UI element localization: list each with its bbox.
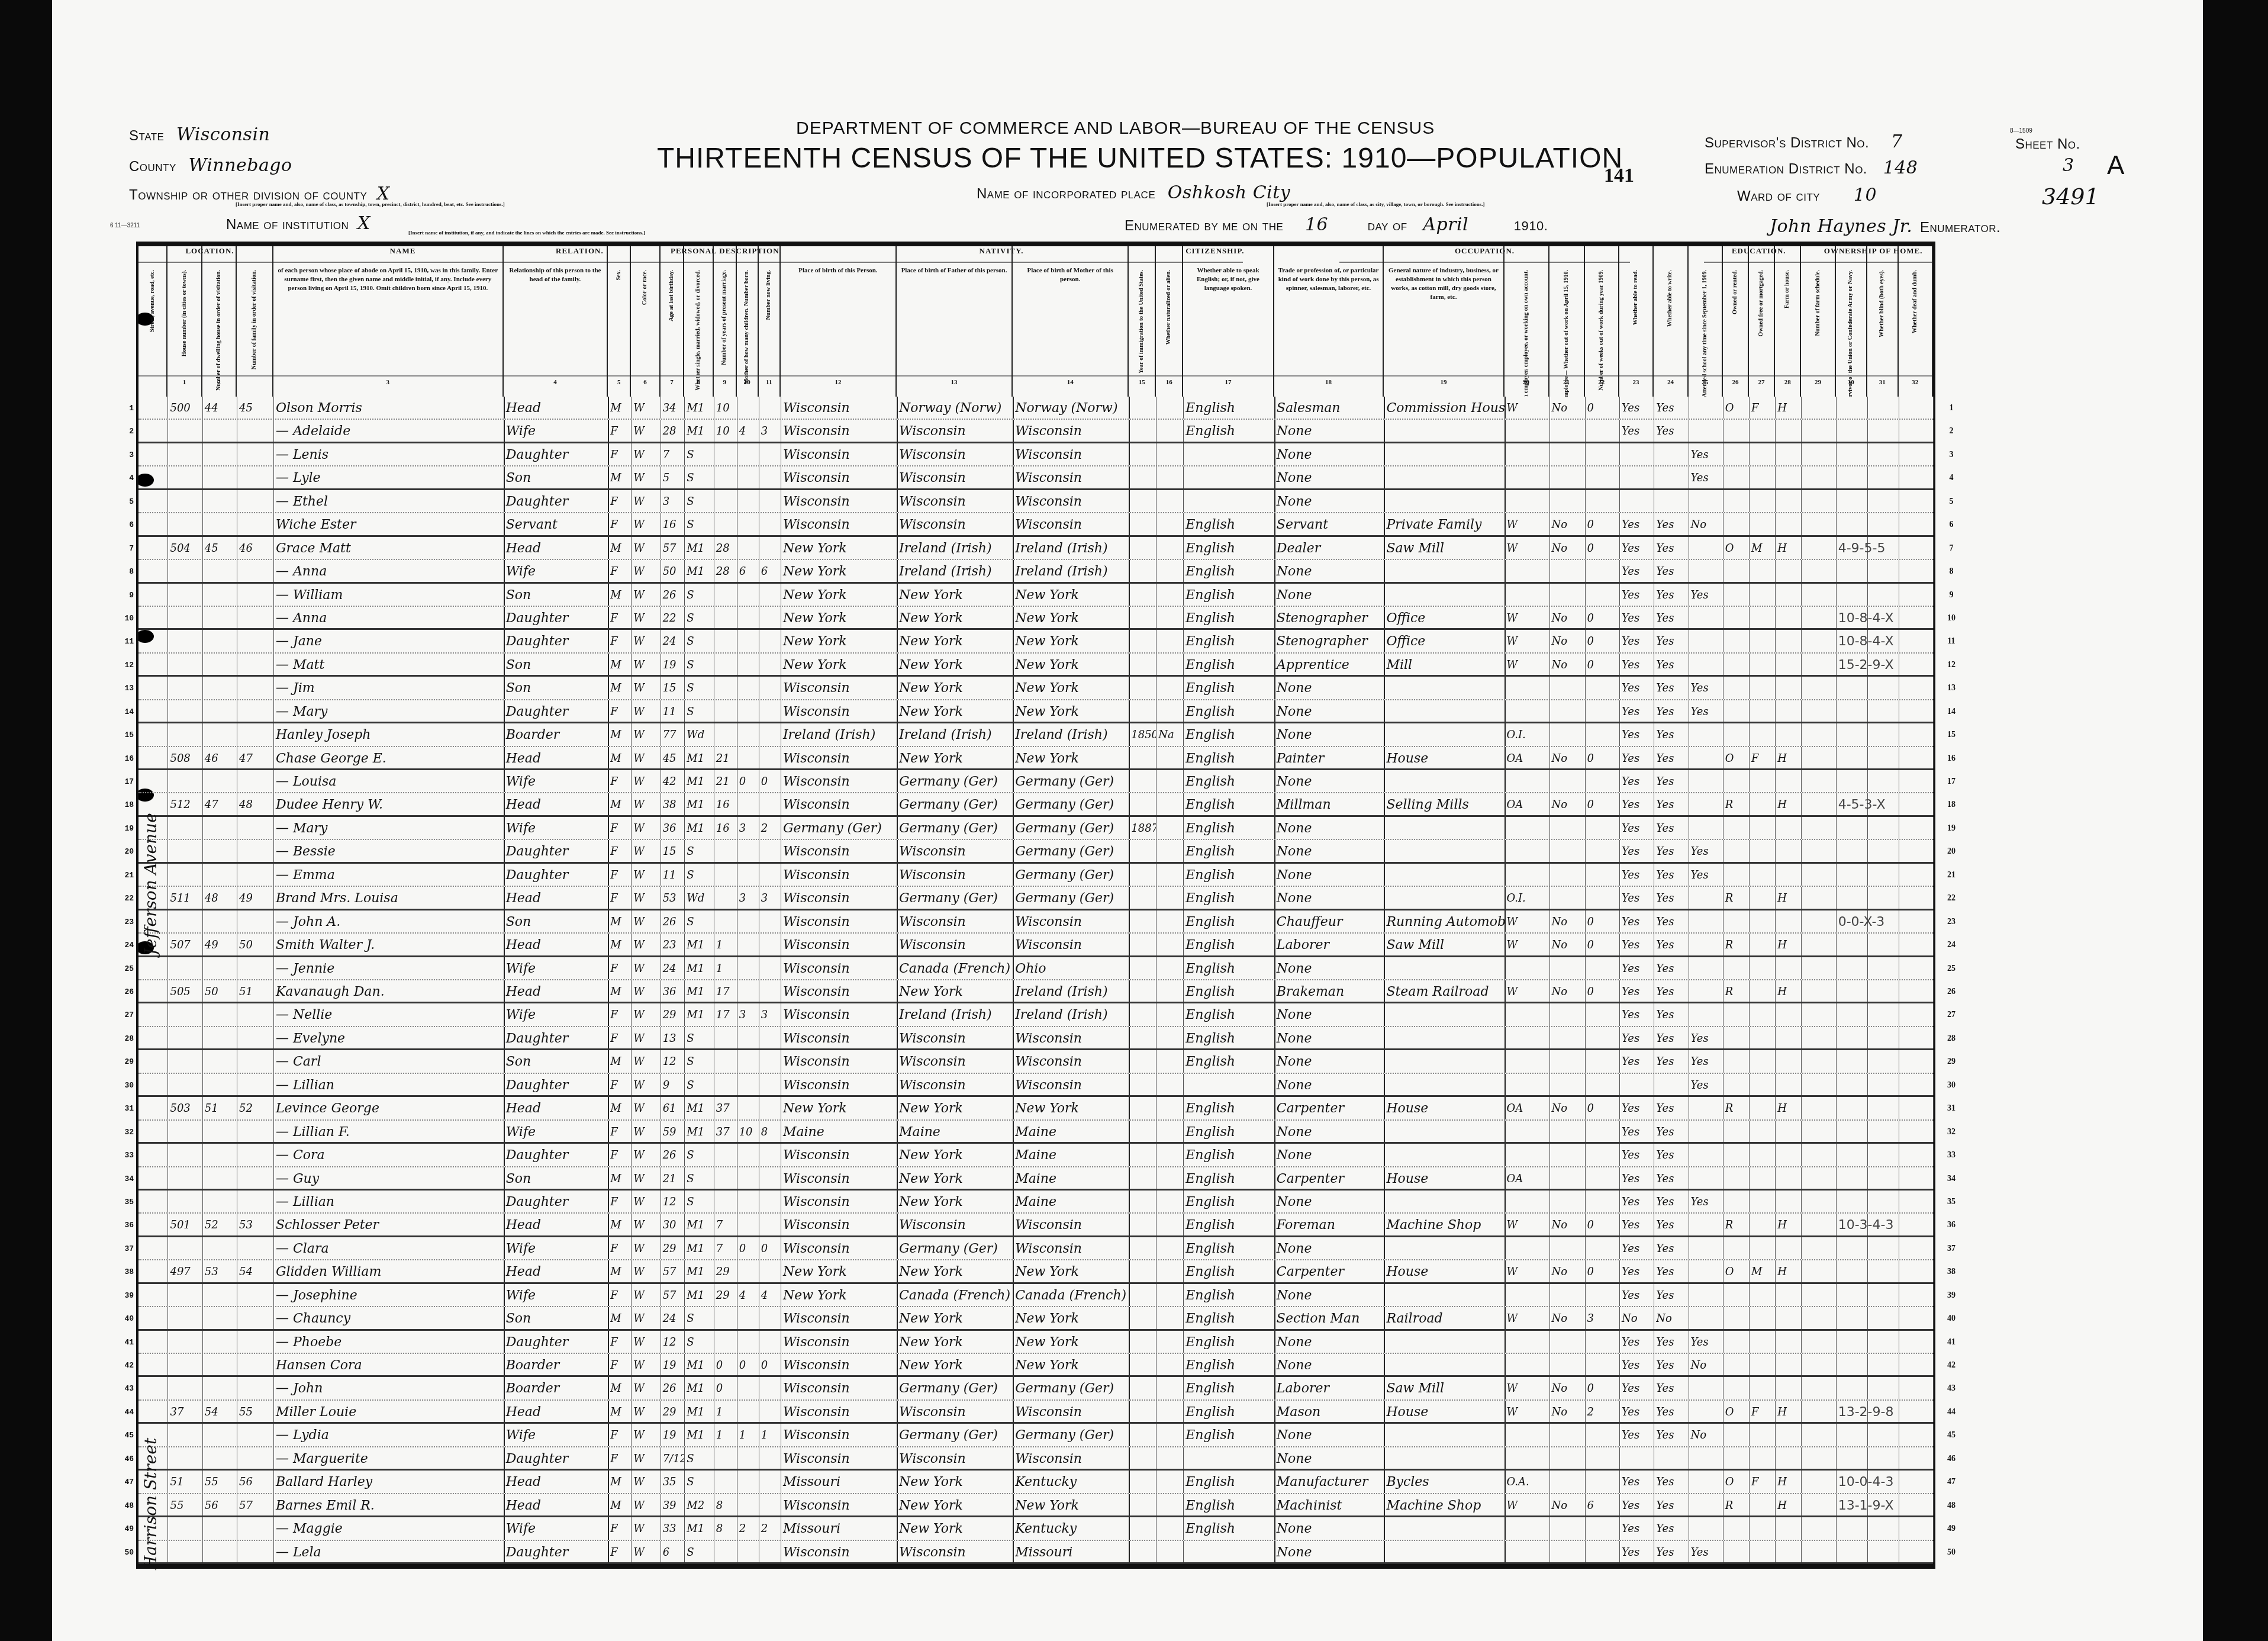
cell-read: Yes: [1619, 887, 1654, 908]
cell-race: W: [631, 817, 660, 839]
cell-divider: [1723, 1447, 1723, 1469]
cell-divider: [1933, 584, 1934, 606]
cell-pob_mother: Kentucky: [1013, 1517, 1129, 1539]
cell-divider: [759, 934, 759, 955]
cell-immig: 1850: [1129, 723, 1156, 745]
cell-divider: [1689, 490, 1689, 512]
cell-pob_father: Ireland (Irish): [897, 560, 1013, 581]
cell-divider: [1801, 1401, 1802, 1422]
cell-race: W: [631, 466, 660, 488]
cell-name: Smith Walter J.: [273, 934, 504, 955]
cell-divider: [1775, 466, 1776, 488]
cell-house: 508: [167, 747, 202, 768]
cell-divider: [1749, 1050, 1750, 1072]
column-number: 5: [608, 375, 630, 392]
cell-marital: Wd: [684, 723, 713, 745]
cell-sex: M: [608, 1307, 631, 1328]
cell-pob_father: Canada (French): [897, 1284, 1013, 1306]
cell-trade: None: [1274, 770, 1384, 792]
cell-years_married: 7: [714, 1214, 737, 1235]
cell-divider: [1384, 1074, 1385, 1095]
cell-divider: [237, 420, 237, 441]
cell-name: — Cora: [273, 1144, 504, 1166]
column-number: 4: [504, 375, 607, 392]
cell-divider: [1689, 1003, 1689, 1025]
cell-divider: [759, 1190, 759, 1212]
cell-divider: [1549, 560, 1550, 581]
cell-divider: [1801, 700, 1802, 722]
institution-field: Name of institution X: [226, 213, 371, 234]
cell-sex: M: [608, 677, 631, 699]
cell-divider: [1549, 1354, 1550, 1375]
cell-race: W: [631, 1237, 660, 1259]
cell-divider: [1619, 443, 1620, 465]
cell-trade: Carpenter: [1274, 1260, 1384, 1282]
cell-divider: [1549, 1167, 1550, 1189]
cell-divider: [1129, 770, 1130, 792]
cell-divider: [1775, 700, 1776, 722]
cell-relation: Daughter: [504, 1331, 608, 1353]
column-header-label: Trade or profession of, or particular ki…: [1274, 246, 1383, 293]
cell-divider: [737, 700, 737, 722]
column-number: 14: [1013, 375, 1127, 392]
cell-pob_father: Wisconsin: [897, 934, 1013, 955]
cell-dwelling: 56: [202, 1494, 237, 1515]
cell-pob_father: Germany (Ger): [897, 1424, 1013, 1446]
cell-years_married: 17: [714, 980, 737, 1002]
cell-divider: [167, 630, 168, 652]
cell-divider: [1585, 1190, 1586, 1212]
cell-divider: [1505, 1074, 1506, 1095]
cell-divider: [1129, 1284, 1130, 1306]
cell-relation: Wife: [504, 1237, 608, 1259]
cell-read: Yes: [1619, 1541, 1654, 1562]
cell-divider: [1585, 1074, 1586, 1095]
cell-age: 39: [661, 1494, 685, 1515]
cell-name: — Emma: [273, 864, 504, 886]
column-header-19: Whether able to speak English; or, if no…: [1183, 246, 1274, 397]
cell-name: — Lela: [273, 1541, 504, 1562]
cell-divider: [759, 630, 759, 652]
column-header-label: Place of birth of Father of this person.: [897, 246, 1011, 275]
cell-divider: [237, 490, 237, 512]
cell-emp: OA: [1505, 1167, 1549, 1189]
cell-trade: Servant: [1274, 513, 1384, 535]
line-number: 33: [1942, 1151, 1960, 1160]
cell-divider: [714, 723, 714, 745]
cell-read: Yes: [1619, 607, 1654, 628]
cell-relation: Head: [504, 793, 608, 815]
cell-divider: [1867, 1424, 1868, 1446]
cell-divider: [167, 1354, 168, 1375]
cell-divider: [1549, 1237, 1550, 1259]
cell-marital: M1: [684, 560, 713, 581]
table-row: 375455Miller LouieHeadMW29M11WisconsinWi…: [138, 1401, 1933, 1424]
cell-divider: [1836, 1331, 1837, 1353]
cell-write: Yes: [1654, 607, 1688, 628]
cell-divider: [1899, 1284, 1899, 1306]
cell-born: 3: [737, 1003, 759, 1025]
cell-house: 503: [167, 1097, 202, 1119]
cell-divider: [759, 1144, 759, 1166]
cell-pob_father: Wisconsin: [897, 1027, 1013, 1048]
cell-divider: [1867, 934, 1868, 955]
cell-name: Chase George E.: [273, 747, 504, 768]
cell-divider: [1129, 420, 1130, 441]
cell-divider: [1899, 490, 1899, 512]
cell-divider: [759, 700, 759, 722]
cell-divider: [1801, 490, 1802, 512]
cell-divider: [167, 1541, 168, 1562]
table-row: — JimSonMW15SWisconsinNew YorkNew YorkEn…: [138, 677, 1933, 700]
cell-divider: [1749, 443, 1750, 465]
line-number: 44: [116, 1408, 134, 1417]
cell-divider: [1933, 1307, 1934, 1328]
cell-divider: [1689, 980, 1689, 1002]
cell-divider: [1749, 1354, 1750, 1375]
cell-pob: Maine: [781, 1121, 897, 1142]
cell-divider: [1156, 1331, 1156, 1353]
cell-divider: [1505, 1541, 1506, 1562]
cell-divider: [1775, 677, 1776, 699]
column-header-label: Whether deaf and dumb.: [1912, 270, 1918, 333]
table-row: 5124748Dudee Henry W.HeadMW38M116Wiscons…: [138, 793, 1933, 816]
cell-divider: [1129, 630, 1130, 652]
cell-family: 51: [237, 980, 273, 1002]
line-number: 22: [116, 894, 134, 903]
cell-pob_father: Ireland (Irish): [897, 1003, 1013, 1025]
cell-sex: F: [608, 1541, 631, 1562]
scan-border-left: [0, 0, 52, 1641]
cell-sex: F: [608, 1121, 631, 1142]
cell-divider: [1689, 887, 1689, 908]
cell-trade: Dealer: [1274, 537, 1384, 559]
cell-emp: W: [1505, 397, 1549, 419]
cell-divider: [1585, 560, 1586, 581]
cell-divider: [167, 957, 168, 979]
cell-pob_father: New York: [897, 1097, 1013, 1119]
column-header-13: Number now living.11: [759, 246, 781, 397]
cell-own: O: [1723, 1471, 1749, 1492]
line-number: 28: [1942, 1034, 1960, 1044]
cell-read: Yes: [1619, 1424, 1654, 1446]
cell-trade: Laborer: [1274, 934, 1384, 955]
cell-divider: [1689, 654, 1689, 675]
supervisor-district-field: Supervisor's District No. 7: [1705, 131, 1902, 152]
cell-divider: [1836, 1377, 1837, 1399]
cell-write: Yes: [1654, 1097, 1688, 1119]
cell-marital: S: [684, 1447, 713, 1469]
cell-years_married: 0: [714, 1377, 737, 1399]
cell-marital: S: [684, 630, 713, 652]
cell-divider: [1505, 1331, 1506, 1353]
cell-emp: W: [1505, 980, 1549, 1002]
table-row: — BessieDaughterFW15SWisconsinWisconsinG…: [138, 840, 1933, 863]
cell-divider: [1129, 513, 1130, 535]
column-header-12: Mother of how many children. Number born…: [737, 246, 759, 397]
cell-divider: [1384, 420, 1385, 441]
column-number: 11: [759, 375, 779, 392]
cell-pob: Wisconsin: [781, 1541, 897, 1562]
column-header-label: Year of immigration to the United States…: [1138, 270, 1145, 374]
cell-divider: [237, 466, 237, 488]
cell-divider: [1836, 1144, 1837, 1166]
cell-write: Yes: [1654, 887, 1688, 908]
cell-divider: [1801, 677, 1802, 699]
cell-pob_mother: Wisconsin: [1013, 1074, 1129, 1095]
line-number: 47: [1942, 1478, 1960, 1487]
cell-trade: None: [1274, 466, 1384, 488]
enumerator-label: Enumerator.: [1920, 220, 2000, 236]
cell-divider: [1801, 910, 1802, 932]
cell-age: 36: [661, 980, 685, 1002]
cell-divider: [167, 1447, 168, 1469]
cell-divider: [1156, 443, 1156, 465]
cell-age: 26: [661, 1377, 685, 1399]
column-header-14: Place of birth of this Person.12: [781, 246, 897, 397]
cell-race: W: [631, 443, 660, 465]
cell-emp: W: [1505, 1494, 1549, 1515]
cell-divider: [202, 420, 203, 441]
line-number: 48: [1942, 1501, 1960, 1511]
cell-read: Yes: [1619, 1167, 1654, 1189]
cell-divider: [1749, 1494, 1750, 1515]
cell-divider: [1723, 607, 1723, 628]
cell-trade: None: [1274, 1190, 1384, 1212]
cell-divider: [1836, 513, 1837, 535]
column-header-label: Age at last birthday.: [668, 270, 675, 321]
cell-pob: Wisconsin: [781, 1331, 897, 1353]
cell-trade: None: [1274, 1331, 1384, 1353]
cell-divider: [1836, 1517, 1837, 1539]
cell-divider: [1549, 1447, 1550, 1469]
cell-race: W: [631, 630, 660, 652]
cell-pob: Wisconsin: [781, 397, 897, 419]
cell-pob_father: New York: [897, 1144, 1013, 1166]
cell-divider: [1723, 817, 1723, 839]
cell-divider: [1836, 420, 1837, 441]
line-number: 5: [116, 497, 134, 506]
state-value: Wisconsin: [176, 124, 270, 145]
cell-divider: [1933, 677, 1934, 699]
cell-divider: [1384, 1447, 1385, 1469]
cell-race: W: [631, 397, 660, 419]
cell-divider: [1801, 864, 1802, 886]
cell-divider: [1156, 1471, 1156, 1492]
cell-divider: [237, 1517, 237, 1539]
cell-age: 15: [661, 840, 685, 861]
line-number: 15: [116, 731, 134, 739]
cell-divider: [1129, 980, 1130, 1002]
cell-relation: Wife: [504, 770, 608, 792]
cell-divider: [1129, 840, 1130, 861]
cell-divider: [714, 654, 714, 675]
cell-divider: [1933, 490, 1934, 512]
cell-write: Yes: [1654, 630, 1688, 652]
cell-divider: [1156, 1003, 1156, 1025]
cell-divider: [1836, 560, 1837, 581]
cell-race: W: [631, 654, 660, 675]
cell-divider: [1585, 1003, 1586, 1025]
cell-relation: Daughter: [504, 443, 608, 465]
cell-divider: [1933, 887, 1934, 908]
cell-divider: [1836, 1121, 1837, 1142]
cell-divider: [1836, 957, 1837, 979]
cell-divider: [1156, 560, 1156, 581]
cell-trade: Chauffeur: [1274, 910, 1384, 932]
cell-pob: New York: [781, 1097, 897, 1119]
cell-divider: [1867, 770, 1868, 792]
cell-weeks: 0: [1585, 934, 1619, 955]
cell-divider: [202, 1447, 203, 1469]
cell-pob: Wisconsin: [781, 443, 897, 465]
cell-write: Yes: [1654, 537, 1688, 559]
cell-divider: [714, 584, 714, 606]
cell-emp: W: [1505, 934, 1549, 955]
cell-divider: [737, 1471, 737, 1492]
cell-industry: Office: [1384, 630, 1504, 652]
table-row: 5044546Grace MattHeadMW57M128New YorkIre…: [138, 537, 1933, 560]
cell-farm: H: [1775, 1260, 1801, 1282]
cell-race: W: [631, 1260, 660, 1282]
cell-divider: [1749, 1190, 1750, 1212]
cell-divider: [237, 1284, 237, 1306]
cell-industry: Private Family: [1384, 513, 1504, 535]
cell-divider: [1749, 864, 1750, 886]
cell-pob_mother: Maine: [1013, 1167, 1129, 1189]
cell-divider: [1801, 1377, 1802, 1399]
cell-trade: None: [1274, 840, 1384, 861]
cell-divider: [714, 443, 714, 465]
cell-divider: [202, 1424, 203, 1446]
cell-divider: [1899, 560, 1899, 581]
table-row: — MargueriteDaughterFW7/12SWisconsinWisc…: [138, 1447, 1933, 1471]
cell-lang: English: [1183, 654, 1274, 675]
cell-divider: [737, 1377, 737, 1399]
cell-pob: Wisconsin: [781, 420, 897, 441]
cell-read: Yes: [1619, 1471, 1654, 1492]
cell-pob_mother: New York: [1013, 747, 1129, 768]
cell-pob_father: Wisconsin: [897, 1074, 1013, 1095]
cell-divider: [1933, 817, 1934, 839]
cell-lang: English: [1183, 513, 1274, 535]
cell-divider: [1933, 747, 1934, 768]
cell-divider: [1505, 817, 1506, 839]
cell-school: Yes: [1689, 840, 1723, 861]
cell-trade: Millman: [1274, 793, 1384, 815]
cell-relation: Son: [504, 1307, 608, 1328]
cell-divider: [1836, 700, 1837, 722]
line-number: 10: [1942, 614, 1960, 623]
cell-pob: New York: [781, 560, 897, 581]
cell-divider: [1801, 1190, 1802, 1212]
cell-divider: [1867, 1074, 1868, 1095]
cell-divider: [167, 1074, 168, 1095]
cell-read: Yes: [1619, 420, 1654, 441]
cell-weeks: 0: [1585, 654, 1619, 675]
cell-farm: H: [1775, 887, 1801, 908]
cell-school: No: [1689, 513, 1723, 535]
cell-divider: [1801, 397, 1802, 419]
cell-divider: [1749, 1167, 1750, 1189]
cell-house: 55: [167, 1494, 202, 1515]
line-number: 34: [116, 1175, 134, 1183]
cell-divider: [167, 1027, 168, 1048]
cell-divider: [1836, 747, 1837, 768]
cell-divider: [1867, 887, 1868, 908]
cell-divider: [1156, 747, 1156, 768]
cell-divider: [1689, 1144, 1689, 1166]
cell-divider: [759, 1260, 759, 1282]
cell-divider: [1549, 1121, 1550, 1142]
table-row: Wiche EsterServantFW16SWisconsinWisconsi…: [138, 513, 1933, 536]
cell-write: Yes: [1654, 397, 1688, 419]
cell-emp: W: [1505, 654, 1549, 675]
cell-pob_mother: Germany (Ger): [1013, 887, 1129, 908]
cell-race: W: [631, 1494, 660, 1515]
cell-industry: House: [1384, 1260, 1504, 1282]
cell-age: 11: [661, 864, 685, 886]
cell-divider: [1505, 957, 1506, 979]
cell-divider: [1689, 770, 1689, 792]
cell-pob: Wisconsin: [781, 1190, 897, 1212]
cell-divider: [759, 443, 759, 465]
cell-divider: [1129, 1237, 1130, 1259]
cell-name: — Jennie: [273, 957, 504, 979]
cell-race: W: [631, 1517, 660, 1539]
cell-divider: [1775, 1424, 1776, 1446]
cell-relation: Wife: [504, 560, 608, 581]
cell-divider: [1899, 957, 1899, 979]
cell-write: Yes: [1654, 1237, 1688, 1259]
cell-divider: [1723, 1354, 1723, 1375]
cell-divider: [1723, 560, 1723, 581]
cell-race: W: [631, 980, 660, 1002]
cell-pob_mother: Wisconsin: [1013, 910, 1129, 932]
cell-divider: [1749, 1424, 1750, 1446]
cell-name: — Lenis: [273, 443, 504, 465]
incorporated-place-value: Oshkosh City: [1168, 182, 1290, 203]
cell-sex: F: [608, 1027, 631, 1048]
cell-divider: [1723, 513, 1723, 535]
cell-divider: [1689, 747, 1689, 768]
cell-relation: Daughter: [504, 1074, 608, 1095]
cell-divider: [1749, 1074, 1750, 1095]
cell-divider: [167, 1190, 168, 1212]
cell-weeks: 0: [1585, 980, 1619, 1002]
cell-divider: [1156, 537, 1156, 559]
cell-divider: [1384, 490, 1385, 512]
cell-divider: [237, 700, 237, 722]
cell-divider: [714, 887, 714, 908]
cell-divider: [1384, 1121, 1385, 1142]
cell-marital: M1: [684, 957, 713, 979]
cell-pob_father: New York: [897, 747, 1013, 768]
cell-divider: [202, 1517, 203, 1539]
cell-out_work: No: [1549, 1401, 1585, 1422]
cell-lang: English: [1183, 934, 1274, 955]
cell-pob_father: Wisconsin: [897, 513, 1013, 535]
cell-weeks: 0: [1585, 397, 1619, 419]
cell-school: Yes: [1689, 1050, 1723, 1072]
cell-divider: [1619, 1074, 1620, 1095]
cell-coding: 13-2-9-8: [1836, 1401, 1954, 1422]
cell-pob: Wisconsin: [781, 1401, 897, 1422]
cell-lang: English: [1183, 1471, 1274, 1492]
cell-pob: Missouri: [781, 1517, 897, 1539]
line-number: 24: [1942, 941, 1960, 950]
cell-divider: [737, 513, 737, 535]
